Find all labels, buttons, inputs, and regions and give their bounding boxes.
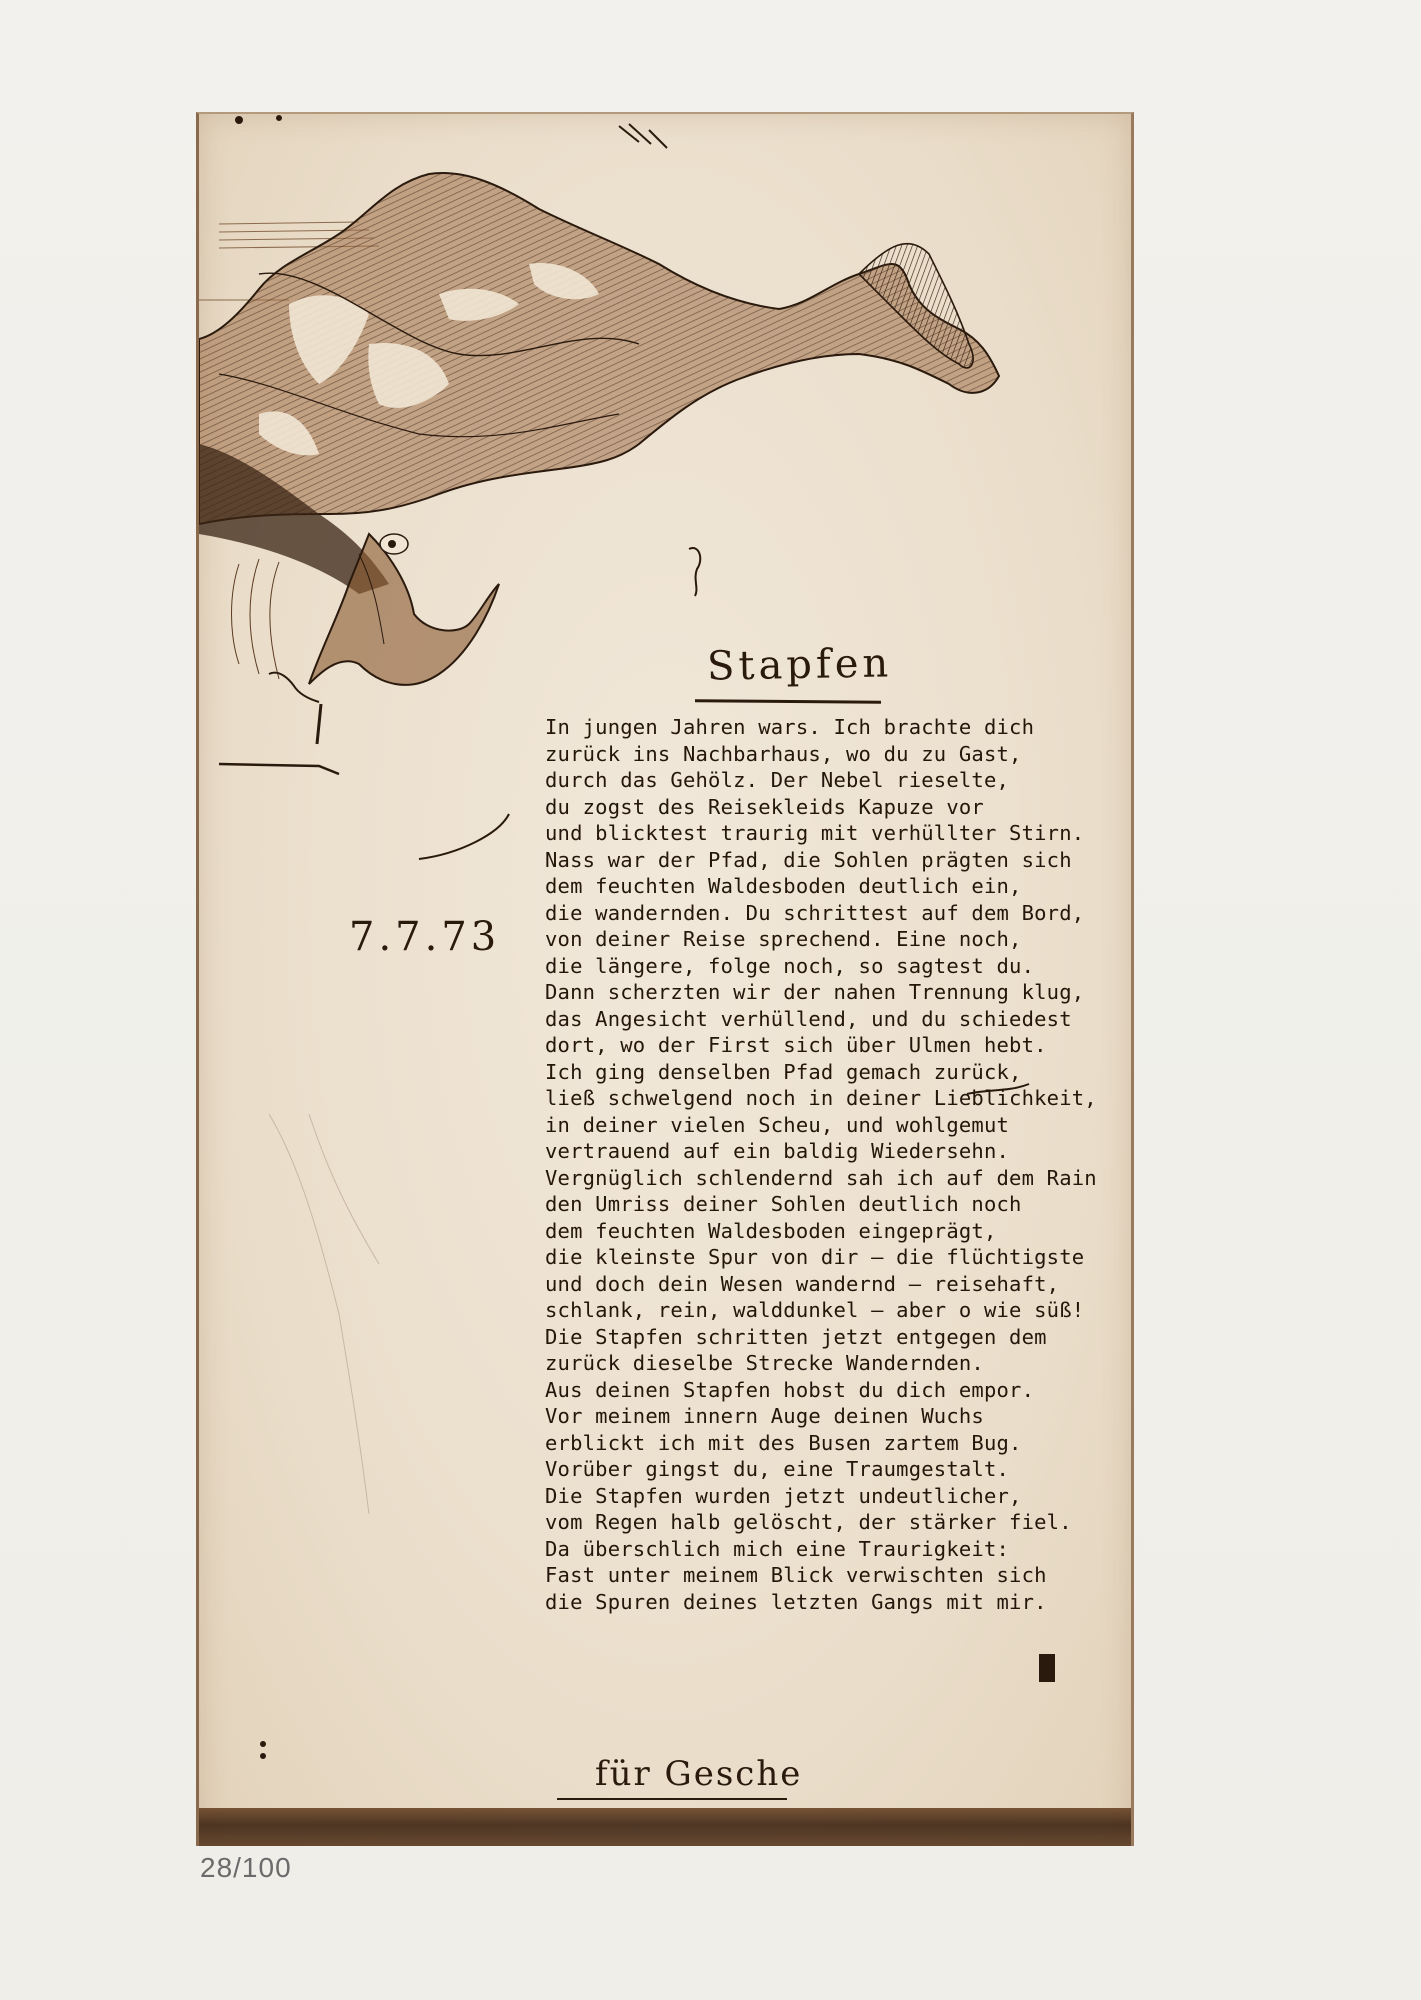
poem-line: In jungen Jahren wars. Ich brachte dich bbox=[545, 714, 1105, 741]
poem-line: Nass war der Pfad, die Sohlen prägten si… bbox=[545, 847, 1105, 874]
poem-line: Vor meinem innern Auge deinen Wuchs bbox=[545, 1403, 1105, 1430]
poem-line: zurück dieselbe Strecke Wandernden. bbox=[545, 1350, 1105, 1377]
poem-line: erblickt ich mit des Busen zartem Bug. bbox=[545, 1430, 1105, 1457]
poem-line: von deiner Reise sprechend. Eine noch, bbox=[545, 926, 1105, 953]
poem-line: vertrauend auf ein baldig Wiedersehn. bbox=[545, 1138, 1105, 1165]
poem-line: Fast unter meinem Blick verwischten sich bbox=[545, 1562, 1105, 1589]
poem-line: die kleinste Spur von dir – die flüchtig… bbox=[545, 1244, 1105, 1271]
poem-line: und blicktest traurig mit verhüllter Sti… bbox=[545, 820, 1105, 847]
poem-title: Stapfen bbox=[707, 640, 893, 689]
poem-text: In jungen Jahren wars. Ich brachte dich … bbox=[545, 714, 1105, 1615]
scratch-marks bbox=[236, 116, 667, 148]
poem-line: die wandernden. Du schrittest auf dem Bo… bbox=[545, 900, 1105, 927]
poem-line: ließ schwelgend noch in deiner Lieblichk… bbox=[545, 1085, 1105, 1112]
poem-line: in deiner vielen Scheu, und wohlgemut bbox=[545, 1112, 1105, 1139]
poem-line: die längere, folge noch, so sagtest du. bbox=[545, 953, 1105, 980]
poem-line: Ich ging denselben Pfad gemach zurück, bbox=[545, 1059, 1105, 1086]
poem-line: den Umriss deiner Sohlen deutlich noch bbox=[545, 1191, 1105, 1218]
poem-line: Die Stapfen schritten jetzt entgegen dem bbox=[545, 1324, 1105, 1351]
date-inscription: 7.7.73 bbox=[349, 914, 500, 960]
poem-line: Vergnüglich schlendernd sah ich auf dem … bbox=[545, 1165, 1105, 1192]
plate-bottom-band bbox=[199, 1808, 1131, 1846]
poem-line: dort, wo der First sich über Ulmen hebt. bbox=[545, 1032, 1105, 1059]
etching-plate: Stapfen 7.7.73 In jungen Jahren wars. Ic… bbox=[196, 112, 1134, 1846]
poem-line: Da überschlich mich eine Traurigkeit: bbox=[545, 1536, 1105, 1563]
poem-line: Aus deinen Stapfen hobst du dich empor. bbox=[545, 1377, 1105, 1404]
poem-line: und doch dein Wesen wandernd – reisehaft… bbox=[545, 1271, 1105, 1298]
poem-line: Dann scherzten wir der nahen Trennung kl… bbox=[545, 979, 1105, 1006]
edition-number: 28/100 bbox=[200, 1852, 292, 1884]
paper-sheet: Stapfen 7.7.73 In jungen Jahren wars. Ic… bbox=[0, 0, 1421, 2000]
poem-line: dem feuchten Waldesboden deutlich ein, bbox=[545, 873, 1105, 900]
poem-line: die Spuren deines letzten Gangs mit mir. bbox=[545, 1589, 1105, 1616]
poem-line: schlank, rein, walddunkel – aber o wie s… bbox=[545, 1297, 1105, 1324]
poem-line: du zogst des Reisekleids Kapuze vor bbox=[545, 794, 1105, 821]
poem-line: Die Stapfen wurden jetzt undeutlicher, bbox=[545, 1483, 1105, 1510]
poem-line: Vorüber gingst du, eine Traumgestalt. bbox=[545, 1456, 1105, 1483]
poem-line: das Angesicht verhüllend, und du schiede… bbox=[545, 1006, 1105, 1033]
poem-line: dem feuchten Waldesboden eingeprägt, bbox=[545, 1218, 1105, 1245]
dedication-underline bbox=[557, 1798, 787, 1800]
dedication: für Gesche bbox=[595, 1754, 802, 1794]
poem-line: zurück ins Nachbarhaus, wo du zu Gast, bbox=[545, 741, 1105, 768]
poem-line: durch das Gehölz. Der Nebel rieselte, bbox=[545, 767, 1105, 794]
poem-line: vom Regen halb gelöscht, der stärker fie… bbox=[545, 1509, 1105, 1536]
